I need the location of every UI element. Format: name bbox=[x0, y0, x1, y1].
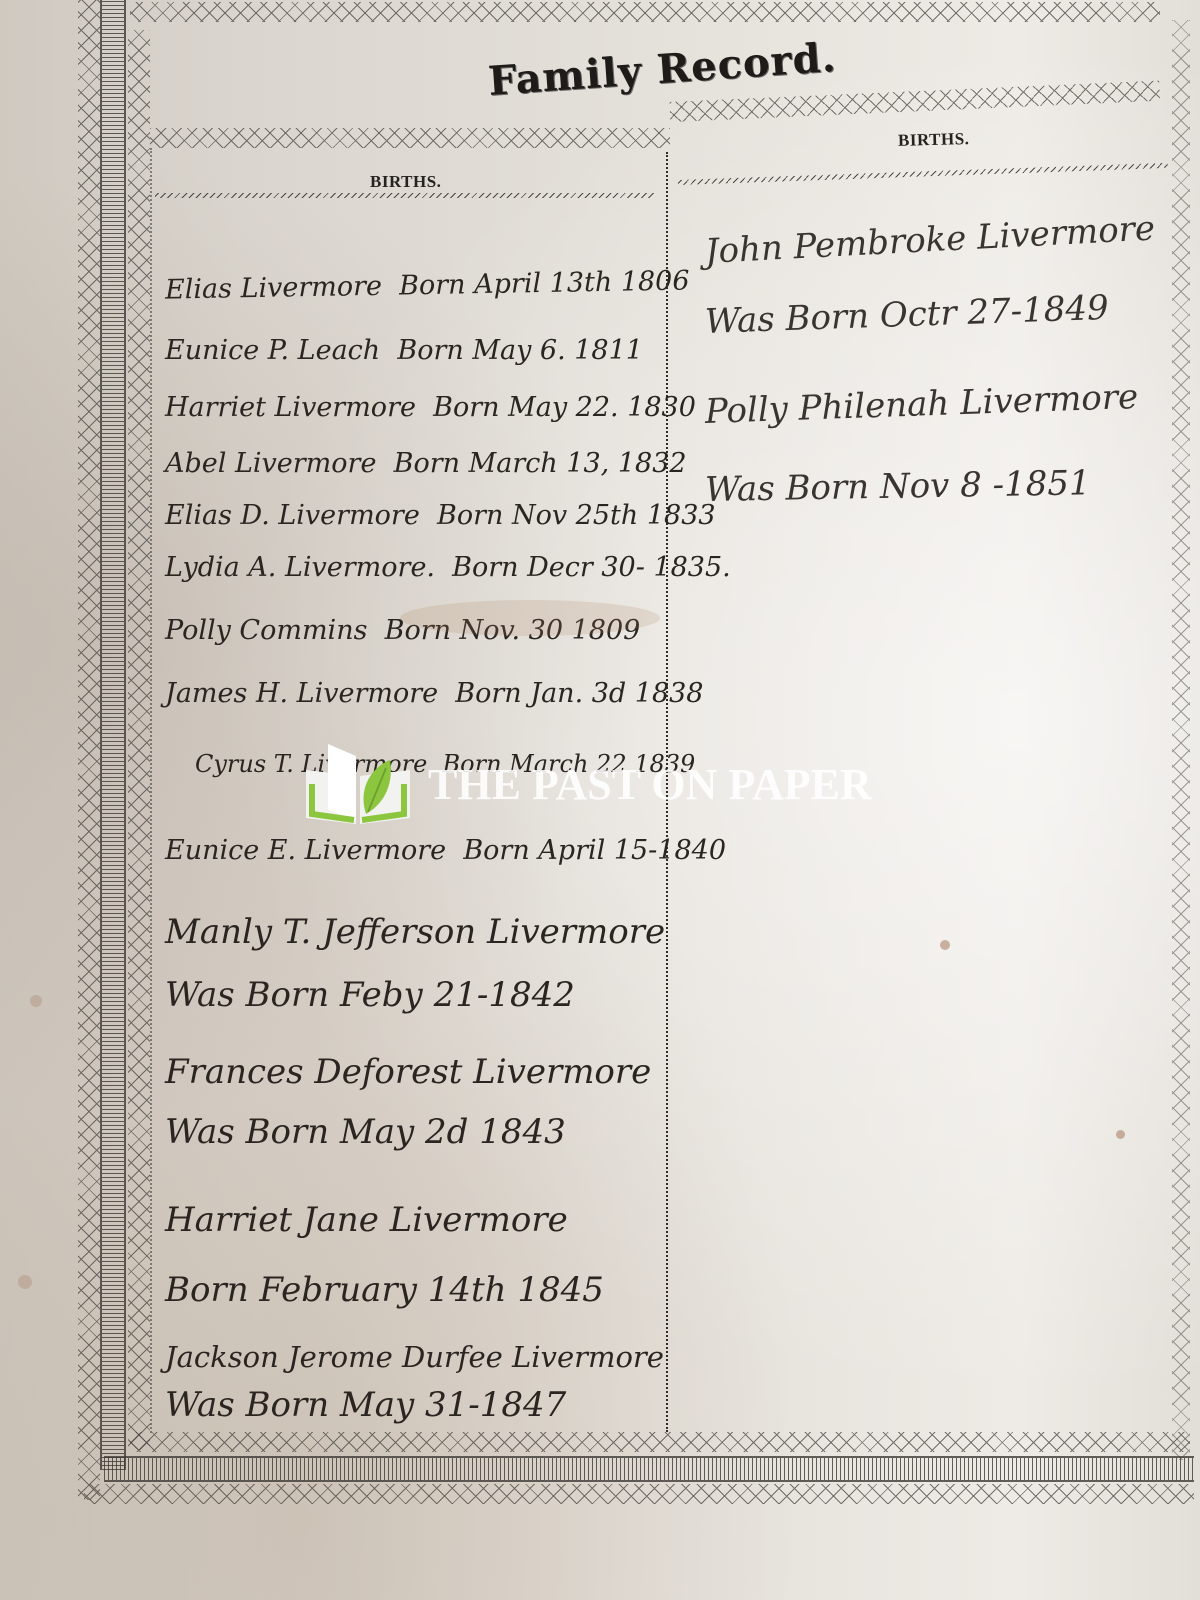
birth-entry: Harriet Livermore Born May 22. 1830 bbox=[165, 392, 696, 423]
right-heading-rule bbox=[678, 163, 1168, 185]
entry-date: Born Nov 25th 1833 bbox=[437, 500, 716, 531]
entry-date: Born April 15-1840 bbox=[463, 835, 726, 866]
border-lattice-bottom-inner bbox=[130, 1432, 1190, 1452]
border-lattice-under-title-left bbox=[150, 128, 670, 148]
birth-entry-name: Polly Philenah Livermore bbox=[704, 377, 1139, 432]
entry-date: Born Decr 30- 1835. bbox=[452, 552, 731, 583]
entry-name: Harriet Livermore bbox=[165, 392, 416, 423]
foxing-spot bbox=[940, 940, 950, 950]
left-column-heading: BIRTHS. bbox=[370, 172, 441, 192]
birth-entry: Lydia A. Livermore. Born Decr 30- 1835. bbox=[165, 552, 731, 583]
border-hatch-bottom bbox=[104, 1456, 1194, 1482]
birth-entry-name: Harriet Jane Livermore bbox=[165, 1200, 568, 1240]
right-column-heading: BIRTHS. bbox=[898, 129, 970, 151]
left-heading-rule bbox=[155, 193, 655, 198]
page-title: Family Record. bbox=[487, 34, 838, 105]
birth-entry-name: Manly T. Jefferson Livermore bbox=[165, 912, 665, 952]
foxing-spot bbox=[18, 1275, 32, 1289]
entry-name: James H. Livermore bbox=[165, 678, 438, 709]
left-column-edge bbox=[150, 148, 152, 1433]
birth-entry-date: Born February 14th 1845 bbox=[165, 1270, 604, 1310]
entry-date: Born March 13, 1832 bbox=[394, 448, 687, 479]
birth-entry: Elias D. Livermore Born Nov 25th 1833 bbox=[165, 500, 716, 531]
border-hatch-left bbox=[100, 0, 126, 1470]
entry-name: Elias D. Livermore bbox=[165, 500, 420, 531]
border-lattice-bottom-outer bbox=[84, 1484, 1194, 1504]
foxing-spot bbox=[1116, 1130, 1125, 1139]
birth-entry-date: Was Born May 31-1847 bbox=[165, 1385, 566, 1425]
entry-date: Born May 6. 1811 bbox=[397, 335, 643, 366]
entry-date: Born Jan. 3d 1838 bbox=[455, 678, 703, 709]
watermark: THE PAST ON PAPER bbox=[298, 740, 872, 828]
birth-entry-date: Was Born Octr 27-1849 bbox=[704, 288, 1109, 342]
record-page: Family Record. BIRTHS. BIRTHS. Elias Liv… bbox=[0, 0, 1200, 1600]
birth-entry: Abel Livermore Born March 13, 1832 bbox=[165, 448, 687, 479]
birth-entry: Elias Livermore Born April 13th 1806 bbox=[165, 265, 690, 305]
watermark-text: THE PAST ON PAPER bbox=[428, 759, 872, 810]
entry-date: Born May 22. 1830 bbox=[433, 392, 696, 423]
entry-date: Born April 13th 1806 bbox=[399, 265, 690, 301]
entry-name: Elias Livermore bbox=[165, 271, 382, 306]
birth-entry: Eunice P. Leach Born May 6. 1811 bbox=[165, 335, 643, 366]
entry-name: Polly Commins bbox=[165, 615, 367, 646]
open-book-leaf-icon bbox=[298, 740, 418, 828]
border-lattice-left-outer bbox=[78, 0, 100, 1500]
birth-entry: Eunice E. Livermore Born April 15-1840 bbox=[165, 835, 726, 866]
border-lattice-top bbox=[130, 2, 1160, 22]
birth-entry-date: Was Born Feby 21-1842 bbox=[165, 975, 575, 1015]
border-lattice-left-inner bbox=[128, 30, 150, 1450]
birth-entry-date: Was Born May 2d 1843 bbox=[165, 1112, 566, 1152]
entry-name: Eunice P. Leach bbox=[165, 335, 380, 366]
water-stain bbox=[400, 600, 660, 636]
birth-entry-name: John Pembroke Livermore bbox=[704, 208, 1156, 272]
foxing-spot bbox=[30, 995, 42, 1007]
birth-entry-date: Was Born Nov 8 -1851 bbox=[705, 463, 1091, 510]
border-lattice-right bbox=[1172, 20, 1190, 1460]
entry-name: Abel Livermore bbox=[165, 448, 376, 479]
entry-name: Lydia A. Livermore. bbox=[165, 552, 435, 583]
birth-entry: James H. Livermore Born Jan. 3d 1838 bbox=[165, 678, 704, 709]
birth-entry-name: Frances Deforest Livermore bbox=[165, 1052, 651, 1092]
entry-name: Eunice E. Livermore bbox=[165, 835, 446, 866]
birth-entry-name: Jackson Jerome Durfee Livermore bbox=[165, 1340, 664, 1374]
